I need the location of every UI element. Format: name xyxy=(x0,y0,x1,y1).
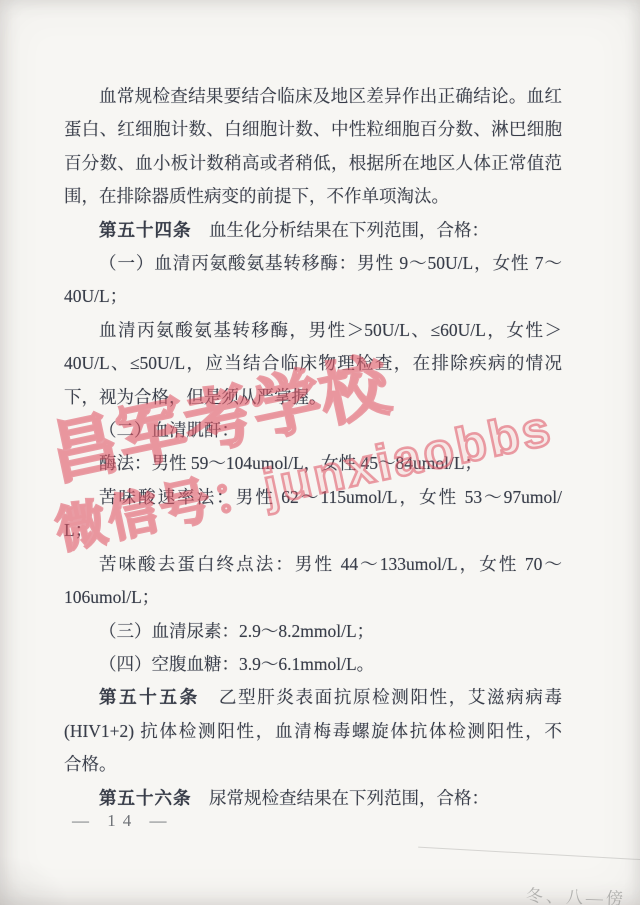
article-line: 第五十六条 尿常规检查结果在下列范围，合格： xyxy=(64,782,562,815)
text-line: 苦味酸速率法：男性 62～115umol/L，女性 53～97umol/ xyxy=(64,481,562,514)
text-line: L； xyxy=(64,514,562,547)
text-line: 106umol/L； xyxy=(64,581,562,614)
text-line: 40U/L； xyxy=(64,280,562,313)
text-line: 合格。 xyxy=(64,748,562,781)
article-heading: 第五十六条 xyxy=(99,788,192,808)
scanned-page: 血常规检查结果要结合临床及地区差异作出正确结论。血红蛋白、红细胞计数、白细胞计数… xyxy=(0,0,640,905)
text-line: 酶法：男性 59～104umol/L，女性 45～84umol/L； xyxy=(64,447,562,480)
text-line: 百分数、血小板计数稍高或者稍低，根据所在地区人体正常值范 xyxy=(64,147,562,180)
text-line: （四）空腹血糖：3.9～6.1mmol/L。 xyxy=(64,648,562,681)
article-heading: 第五十四条 xyxy=(99,220,192,240)
text-line: 苦味酸去蛋白终点法：男性 44～133umol/L，女性 70～ xyxy=(64,548,562,581)
document-body: 血常规检查结果要结合临床及地区差异作出正确结论。血红蛋白、红细胞计数、白细胞计数… xyxy=(64,80,562,815)
scan-crease-line xyxy=(418,847,640,861)
article-heading: 第五十五条 xyxy=(99,687,200,707)
text-line: 血清丙氨酸氨基转移酶，男性＞50U/L、≤60U/L，女性＞ xyxy=(64,314,562,347)
text-line: 下，视为合格，但是须从严掌握。 xyxy=(64,381,562,414)
page-number: — 14 — xyxy=(72,811,174,831)
article-line: 第五十五条 乙型肝炎表面抗原检测阳性，艾滋病病毒 xyxy=(64,681,562,714)
text-line: （二）血清肌酐： xyxy=(64,414,562,447)
text-line: 血常规检查结果要结合临床及地区差异作出正确结论。血红 xyxy=(64,80,562,113)
text-line: （三）血清尿素：2.9～8.2mmol/L； xyxy=(64,615,562,648)
text-line: (HIV1+2) 抗体检测阳性，血清梅毒螺旋体抗体检测阳性，不 xyxy=(64,715,562,748)
text-line: 蛋白、红细胞计数、白细胞计数、中性粒细胞百分数、淋巴细胞 xyxy=(64,113,562,146)
text-line: （一）血清丙氨酸氨基转移酶：男性 9～50U/L，女性 7～ xyxy=(64,247,562,280)
scan-edge-smudge xyxy=(0,855,70,905)
text-line: 40U/L、≤50U/L，应当结合临床物理检查，在排除疾病的情况 xyxy=(64,347,562,380)
text-line: 围，在排除器质性病变的前提下，不作单项淘汰。 xyxy=(64,180,562,213)
bleed-through-text: 冬、八—傍 xyxy=(526,881,627,905)
article-line: 第五十四条 血生化分析结果在下列范围，合格： xyxy=(64,214,562,247)
